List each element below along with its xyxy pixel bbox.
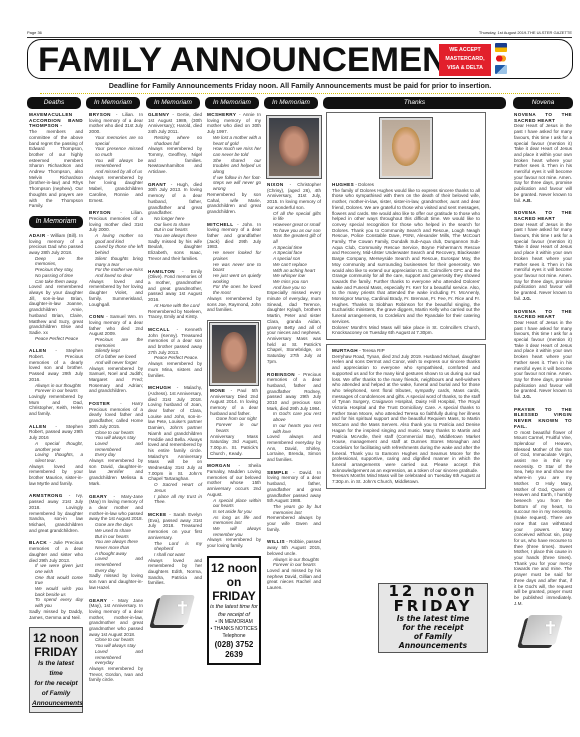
notice-body: Derryhaw Road, Tynan, died 2nd July 2019… <box>332 354 480 474</box>
verse-line: Deep are the memories, <box>29 256 83 267</box>
promo-line: of Family <box>379 632 487 641</box>
notice-text: Sadly missed by Daddy, James, Gemma and … <box>29 609 83 620</box>
page-title: FAMILY ANNOUNCEMENTS <box>38 41 491 80</box>
verse-line: Peace Perfect Peace <box>29 336 83 342</box>
verse-line: We lost a mother with a heart of gold <box>207 135 261 146</box>
notice-geary: GEARY - Mary Jane (May), 1st Anniversary… <box>89 598 143 684</box>
phone-number: (028) 3752 2639 <box>210 640 258 660</box>
novena-text: Dear Heart of Jesus in the past I have a… <box>514 123 572 202</box>
notice-name: MORGAN <box>207 463 230 468</box>
page-header-line: Page 36 Thursday, 1st August 2019-THE UL… <box>27 30 572 38</box>
notice-text: Remembered by son Cahal, wife Marie, gra… <box>207 192 261 215</box>
notice-grant: GRANT - Hugh, died 30th July 2013. In lo… <box>148 182 202 262</box>
notice-text: Always remembered by her loving daughter… <box>89 175 143 204</box>
verse-line: To spend every day with you <box>29 597 83 608</box>
notice-name: MURTAGH <box>332 348 358 353</box>
notice-name: MAVEMACULLEN ACCORDION BAND THOMPSON - <box>29 112 83 128</box>
notice-text: - Precious memories of a dear husband, f… <box>267 372 321 411</box>
verse-line: Resting where no shadows fall <box>148 135 202 146</box>
notice-text: Sadly missed by loving son Ivan and daug… <box>89 573 143 590</box>
notice-name: HUGHES <box>332 182 354 187</box>
notice-text: Sadly missed by his wife Beulah, daughte… <box>148 239 202 262</box>
verse-line: A special place within our hearts <box>207 498 261 509</box>
novena-initials: J.G. <box>522 296 531 301</box>
column-thanks: HUGHES - Dolores The family of Dolores H… <box>326 112 486 493</box>
tab-in-memoriam: In Memoriam <box>146 97 200 109</box>
bible-icon: ✝ <box>151 593 199 633</box>
notice-text: - Hugh, died 30th July 2013. In loving m… <box>148 182 202 216</box>
verse-line: The Lord is my shepherd <box>148 541 202 552</box>
novena-title: PRAYER TO THE BLESSED VIRGIN NEVER KNOWN… <box>514 407 572 430</box>
verse-line: At Home with the Lord <box>148 303 202 309</box>
notice-hughes: HUGHES - Dolores The family of Dolores H… <box>326 112 486 340</box>
novena-item: NOVENA TO THE SACRED HEART Dear Heart of… <box>514 210 572 301</box>
verse-line: Loved by those she left behind <box>89 244 143 255</box>
verse-line: We will always remember you <box>207 526 261 537</box>
badge-line: WE ACCEPT <box>439 46 491 55</box>
notice-text: - Mary Jane (May), 1st Anniversary. In l… <box>89 598 143 637</box>
verse-line: As long as life and memories last <box>207 515 261 526</box>
notice-text: Teresa's Months Mind Mass will be celebr… <box>332 473 480 484</box>
promo-line: of Family <box>32 689 80 699</box>
verse-line: I place all my trust in Thee. <box>148 494 202 505</box>
notice-name: SEMPLE <box>267 470 288 475</box>
notice-text: The members and committee of the above b… <box>29 129 83 209</box>
notice-mone: MONE - Paul 5th Anniversary Died 2nd Aug… <box>207 320 261 459</box>
novena-title: NOVENA TO THE SACRED HEART <box>514 112 572 123</box>
notice-name: MCKEE <box>148 512 167 517</box>
badge-line: MASTERCARD, <box>439 55 491 64</box>
verse-line: However great or small <box>267 222 321 228</box>
deadline-promo-box: 12 noon FRIDAY Is the latest time for th… <box>29 627 83 713</box>
tab-novena: Novena <box>513 97 573 109</box>
notice-name: BRYSON <box>89 210 111 215</box>
column-in-memoriam-2: GLENNY - Gertie, died 1st August 1989, (… <box>148 112 202 639</box>
notice-black: BLACK - Julie Precious memories of a dea… <box>29 540 83 620</box>
notice-name: GEARY <box>89 598 107 603</box>
memorial-photo <box>210 323 258 385</box>
verse-line: In our hearts you rest with love <box>267 423 321 434</box>
notice-text: Always loved and remembered by her daugh… <box>148 558 202 587</box>
verse-line: And will never forget <box>89 360 143 366</box>
notice-name: FOSTER <box>89 401 110 406</box>
tab-thanks: Thanks <box>323 97 506 109</box>
novena-initials: A.B. <box>522 198 531 203</box>
notice-geary: GEARY - Mary-Jane (May) In loving memory… <box>89 494 143 591</box>
notice-robinson: ROBINSON - Precious memories of a dear h… <box>267 372 321 463</box>
notice-mitchell: MITCHELL - John. In loving memory of a d… <box>207 222 261 313</box>
notice-text: Especially missed every minute of everyd… <box>267 290 321 364</box>
notice-text: Always remembered by mum Mina, sisters a… <box>148 361 202 378</box>
novena-initials: J.G. <box>522 394 531 399</box>
novena-text: O most beautiful flower of Mount Carmel,… <box>514 430 572 600</box>
divider <box>40 93 560 94</box>
verse-line: You are always there <box>148 233 202 239</box>
notice-name: MONE <box>210 388 225 393</box>
dateline: Thursday, 1st August 2019-THE ULSTER GAZ… <box>479 30 572 37</box>
notice-name: BRYSON <box>89 112 111 117</box>
notice-semple: SEMPLE - David. In loving memory of a de… <box>267 470 321 533</box>
promo-line: Telephone <box>210 633 258 640</box>
notice-text: Always remembered by Tommy, Geoffrey, Ni… <box>148 146 202 175</box>
notice-mchugh: MCHUGH - Malachy, (Ardress). 1st Anniver… <box>148 385 202 505</box>
deadline-promo-box: 12 noon on FRIDAY is the latest time for… <box>207 556 261 665</box>
memorial-photo <box>267 116 321 178</box>
verse-line: If we were given just one wish <box>29 563 83 574</box>
notice-name: GRANT <box>148 182 166 187</box>
notice-text: Lovingly remembered by Mum and Dad, Chri… <box>29 394 83 417</box>
notice-text: Always remembered by sons Joe, Raymond, … <box>207 296 261 313</box>
notice-name: GEARY <box>89 494 107 499</box>
promo-line: Is the latest time <box>32 659 80 679</box>
notice-name: MCSHERRY <box>207 112 236 117</box>
notice-text: Loved always and remembered everyday by … <box>267 434 321 463</box>
verse-line: How much we miss her can never be told <box>207 146 261 157</box>
verse-line: The years go by but memories last <box>267 504 321 515</box>
promo-line: FRIDAY <box>210 589 258 603</box>
notice-name: ARMSTRONG <box>29 493 63 498</box>
verse-line: Was the greatest gift of all <box>267 233 321 244</box>
verse-line: A loving mother so good and kind <box>89 233 143 244</box>
notice-text: - Dolores <box>355 182 374 187</box>
notice-death: MAVEMACULLEN ACCORDION BAND THOMPSON - T… <box>29 112 83 209</box>
promo-line: 12 noon <box>32 631 80 645</box>
notice-mccall: MCCALL - Kenneth John (Kenny). Treasured… <box>148 327 202 378</box>
notice-name: ROBINSON <box>267 372 295 377</box>
promo-line: is the latest time for <box>210 603 258 611</box>
notice-text: Always loved and remembered by her lovin… <box>89 279 143 308</box>
notice-mckee: MCKEE - Sarah Evelyn (Eva), passed away … <box>148 512 202 586</box>
verse-line: In God's care you rest above <box>267 411 321 422</box>
banner: FAMILY ANNOUNCEMENTS WE ACCEPT MASTERCAR… <box>27 39 573 79</box>
notice-murtagh: MURTAGH - Teresa RIP Derryhaw Road, Tyna… <box>326 344 486 489</box>
notice-text: Always remembered by your loving family. <box>207 537 261 548</box>
section-heading: In Memoriam <box>29 216 83 228</box>
notice-text: - Malachy, (Ardress). 1st Anniversary, d… <box>148 385 202 481</box>
verse-line: For the ones he loved the most <box>207 284 261 295</box>
verse-line: He was never one to boast <box>207 262 261 273</box>
promo-line: • IN MEMORIAM <box>210 619 258 626</box>
deadline-notice: Deadline for Family Announcements Friday… <box>27 81 573 90</box>
column-in-memoriam-4: NIXON - Christopher (Chrisy), (aged 26),… <box>267 112 321 598</box>
notice-text: Always remembered by Samuel, Noel and Ju… <box>89 366 143 395</box>
memorial-photo <box>380 118 432 178</box>
section-tabs: Deaths In Memoriam In Memoriam In Memori… <box>27 97 573 109</box>
notice-willis: WILLIS - Robbie, passed away 5th August … <box>267 539 321 590</box>
notice-allen: ALLEN - Stephen Robert, passed away 29th… <box>29 424 83 487</box>
notice-body: The family of Dolores Hughes would like … <box>332 188 480 325</box>
notice-name: WILLIS <box>267 539 285 544</box>
delta-card-icon <box>495 65 507 74</box>
notice-morgan: MORGAN - Sheila Famaloy, Madden Loving m… <box>207 463 261 549</box>
promo-line: the receipt of <box>210 611 258 619</box>
verse-line: If we follow in her foot-steps we will n… <box>207 175 261 192</box>
verse-line: He never looked for praises <box>207 250 261 261</box>
promo-line: for the receipt <box>379 623 487 632</box>
promo-line: FRIDAY <box>379 599 487 614</box>
notice-text: - Sheila Famaloy, Madden Loving memories… <box>207 463 261 497</box>
verse-line: Your presence missed so much <box>89 146 143 157</box>
notice-name: NIXON <box>267 182 284 187</box>
promo-line: Announcements <box>379 641 487 650</box>
notice-name: ALLEN <box>29 424 46 429</box>
verse-line: She shared our troubles and helped us al… <box>207 158 261 175</box>
tab-in-memoriam: In Memoriam <box>86 97 140 109</box>
verse-line: Your memories are so special <box>89 135 143 146</box>
notice-name: HAMILTON <box>148 269 175 274</box>
promo-line: Announcements <box>32 699 80 709</box>
novena-title: NOVENA TO THE SACRED HEART <box>514 210 572 221</box>
promo-line: FRIDAY <box>32 645 80 659</box>
notice-text: Always remembered by son David, daughter… <box>89 458 143 487</box>
novena-item: NOVENA TO THE SACRED HEART Dear Heart of… <box>514 112 572 203</box>
notice-text: - David. In loving memory of a dear husb… <box>267 470 321 504</box>
notice-hamilton: HAMILTON - Emily (Olive). Fond memories … <box>148 269 202 320</box>
verse-line: You will always be remembered <box>89 158 143 169</box>
bible-icon: ✝ <box>519 613 567 653</box>
notice-name: MITCHELL <box>207 222 233 227</box>
notice-text: - Ivy, passed away 21st July 2018. Lovin… <box>29 493 83 532</box>
column-novena: NOVENA TO THE SACRED HEART Dear Heart of… <box>514 112 572 659</box>
verse-line: Of all the special gifts in life <box>267 211 321 222</box>
verse-line: Forever in our hearts <box>210 422 258 433</box>
notice-name: MCHUGH <box>148 385 171 390</box>
verse-line: Loved and remembered <box>89 441 143 452</box>
badge-line: VISA & DELTA <box>439 64 491 73</box>
novena-item: NOVENA TO THE SACRED HEART Dear Heart of… <box>514 309 572 400</box>
verse-line: He just went on quietly working <box>207 273 261 284</box>
novena-text: Dear Heart of Jesus in the past I have a… <box>514 320 572 399</box>
tab-in-memoriam: In Memoriam <box>205 97 259 109</box>
notice-name: GLENNY <box>148 112 170 117</box>
notice-text: - Emily (Olive). Fond memories of a moth… <box>148 269 202 303</box>
notice-text: Dolores' Month's Mind Mass will take pla… <box>332 325 480 336</box>
notice-text: Loved and remembered always by your daug… <box>29 284 83 335</box>
notice-text: - Stephen Robert. Precious memories of a… <box>29 348 83 382</box>
notice-bryson: BRYSON - Lilian. Precious memories of a … <box>89 210 143 307</box>
promo-line: • THANKS NOTICES <box>210 626 258 633</box>
verse-line: Of a father we loved <box>89 354 143 360</box>
notice-name: BLACK <box>29 540 47 545</box>
notice-name: ALLEN <box>29 348 46 353</box>
column-in-memoriam-1: BRYSON - Lilian. In loving memory of a d… <box>89 112 143 690</box>
notice-text: Loved and missed by his nephew David, Gi… <box>267 568 321 591</box>
promo-line: for the receipt <box>32 679 80 689</box>
tab-in-memoriam: In Memoriam <box>264 97 318 109</box>
promo-line: 12 noon on <box>210 561 258 589</box>
notice-text: Remembered by Noeleen, Tracey, Emily and… <box>148 309 202 320</box>
notice-allen: ALLEN - Stephen Robert. Precious memorie… <box>29 348 83 416</box>
notice-name: ADAIR <box>29 233 46 238</box>
deadline-promo-box: 12 noon FRIDAY Is the latest time for th… <box>378 583 488 653</box>
notice-armstrong: ARMSTRONG - Ivy, passed away 21st July 2… <box>29 493 83 533</box>
verse-line: Silent thoughts bring many a tear <box>89 256 143 267</box>
notice-name: CONN <box>89 314 104 319</box>
notice-adair: ADAIR - William (Bill). In loving memory… <box>29 233 83 341</box>
novena-item: PRAYER TO THE BLESSED VIRGIN NEVER KNOWN… <box>514 407 572 607</box>
notice-name: MCCALL <box>148 327 170 332</box>
notice-text: Remembered always by your wife Gwen and … <box>267 515 321 532</box>
verse-line: Precious are the memories <box>89 337 143 348</box>
verse-line: A special thought, another year <box>29 441 83 452</box>
notice-glenny: GLENNY - Gertie, died 1st August 1989, (… <box>148 112 202 175</box>
tab-deaths: Deaths <box>27 97 81 109</box>
verse-line: One that would come true <box>29 575 83 586</box>
notice-nixon: NIXON - Christopher (Chrisy), (aged 26),… <box>267 182 321 365</box>
notice-text: Anniversary Mass Saturday 3rd August, 7.… <box>210 434 258 457</box>
notice-mcsherry: MCSHERRY - Annie In loving memory of my … <box>207 112 261 215</box>
novena-initials: J.M. <box>514 601 523 606</box>
notice-text: - Teresa RIP <box>359 348 384 353</box>
card-logos <box>495 43 509 76</box>
novena-title: NOVENA TO THE SACRED HEART <box>514 309 572 320</box>
notice-foster: FOSTER - Harry Precious memories of a de… <box>89 401 143 487</box>
payment-accepted-badge: WE ACCEPT MASTERCARD, VISA & DELTA <box>439 44 491 76</box>
verse-line: And missed by all of us <box>89 169 143 175</box>
notice-conn: CONN - Samuel Wm. In loving memory of a … <box>89 314 143 394</box>
promo-line: Is the latest time <box>379 614 487 623</box>
verse-line: We would wish you back beside us <box>29 586 83 597</box>
notice-text: Always remembered by Trevor, Gordon, Iva… <box>89 666 143 683</box>
column-in-memoriam-3: MCSHERRY - Annie In loving memory of my … <box>207 112 261 665</box>
visa-card-icon <box>495 43 507 52</box>
novena-text: Dear Heart of Jesus in the past I have a… <box>514 222 572 301</box>
mastercard-icon <box>495 54 507 63</box>
column-deaths: MAVEMACULLEN ACCORDION BAND THOMPSON - T… <box>29 112 83 713</box>
page-number: Page 36 <box>27 30 42 37</box>
verse-line: Loved and remembered <box>89 649 143 660</box>
verse-line: Loving thoughts, a silent tear. <box>29 452 83 463</box>
notice-bryson: BRYSON - Lilian. In loving memory of a d… <box>89 112 143 203</box>
verse-line: O Sacred Heart of Jesus <box>148 482 202 493</box>
notice-text: Always loved and remembered by your brot… <box>29 464 83 487</box>
verse-line: Loved and remembered <box>89 556 143 567</box>
